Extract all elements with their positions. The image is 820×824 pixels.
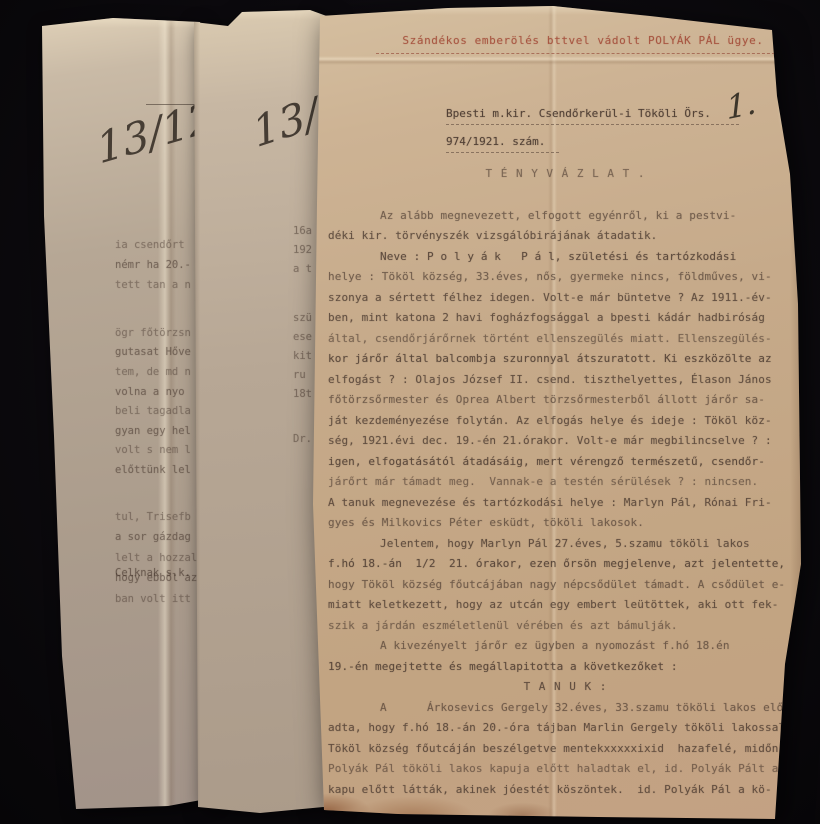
document-line: miatt keletkezett, hogy az utcán egy emb… [328,595,803,616]
file-number-line: 974/1921. szám. [393,122,559,166]
document-body: T É N Y V Á Z L A T .Az alább megnevezet… [328,164,803,800]
typed-fragment: a sor gázdag [115,527,197,548]
document-line: ben, mint katona 2 havi fogházfogsággal … [328,308,803,329]
document-line: hogy Tököl község főutcájában nagy népcs… [328,575,803,596]
document-line: A tanuk megnevezése és tartózkodási hely… [328,493,803,514]
document-line: főtörzsőrmester és Oprea Albert törzsőrm… [328,390,803,411]
typed-fragment: lelt a hozzal [115,548,197,569]
document-line: szik a járdán eszméletlenül vérében és a… [328,616,803,637]
document-line: Jelentem, hogy Marlyn Pál 27.éves, 5.sza… [328,534,803,555]
typed-fragment: tem, de md n [115,363,191,383]
signature-fragment: Celknak s.k. [115,567,191,579]
document-line: kapu előtt látták, akinek jóestét köszön… [328,780,803,801]
document-line: A kivezényelt járőr ez ügyben a nyomozás… [328,636,803,657]
document-line: A Árkosevics Gergely 32.éves, 33.szamu t… [328,698,803,719]
document-line: ség, 1921.évi dec. 19.-én 21.órakor. Vol… [328,431,803,452]
page-front-surface: Szándékos emberölés bttvel vádolt POLYÁK… [298,4,804,822]
document-line: T A N U K : [328,677,803,698]
document-line: ját kezdeményezése folytán. Az elfogás h… [328,411,803,432]
document-line: 19.-én megejtette és megállapitotta a kö… [328,657,803,678]
typed-fragment: volna a nyo [115,383,191,403]
typed-fragment: ögr főtörzsn [115,324,191,344]
left-page-fragments-low: tul, Trisefba sor gázdaglelt a hozzalhog… [115,445,197,609]
document-line: által, csendőrjárőrnek történt ellenszeg… [328,329,803,350]
document-line: járőrt már támadt meg. Vannak-e a testén… [328,472,803,493]
typed-fragment: gutasat Hőve [115,343,191,363]
document-line: kor járőr által balcombja szuronnyal áts… [328,349,803,370]
typed-fragment: gyan egy hel [115,422,191,442]
document-line: Neve : P o l y á k P á l, születési és t… [328,247,803,268]
document-line: Polyák Pál tököli lakos kapuja előtt hal… [328,759,803,780]
document-line: szonya a sértett félhez idegen. Volt-e m… [328,288,803,309]
document-line: elfogást ? : Olajos József II. csend. ti… [328,370,803,391]
file-number: 974/1921. szám. [446,135,559,153]
page-front: Szándékos emberölés bttvel vádolt POLYÁK… [298,4,804,822]
document-line: Az alább megnevezett, elfogott egyénről,… [328,206,803,227]
document-line: f.hó 18.-án 1/2 21. órakor, ezen őrsön m… [328,554,803,575]
page-left-surface: B 13/12 ia csendőrtnémr ha 20.-tett tan … [18,16,218,811]
document-line: Tököl község főutcáján beszélgetve mente… [328,739,803,760]
document-line: déki kir. törvényszék vizsgálóbirájának … [328,226,803,247]
document-line: helye : Tököl község, 33.éves, nős, gyer… [328,267,803,288]
typed-fragment: beli tagadla [115,402,191,422]
typed-fragment: tul, Trisefb [115,507,197,528]
page-left: B 13/12 ia csendőrtnémr ha 20.-tett tan … [18,16,218,811]
document-line: gyes és Milkovics Péter esküdt, tököli l… [328,513,803,534]
document-line: igen, elfogatásától átadásáig, mert vére… [328,452,803,473]
typed-fragment: ia csendőrt [115,235,191,255]
photo-of-document-stack: B 13/12 ia csendőrtnémr ha 20.-tett tan … [0,0,820,824]
handwritten-page-number: 1. [725,83,758,128]
document-line: adta, hogy f.hó 18.-án 20.-óra tájban Ma… [328,718,803,739]
classification-header: Szándékos emberölés bttvel vádolt POLYÁK… [376,34,790,54]
typed-fragment: ban volt itt [115,589,197,610]
document-line: T É N Y V Á Z L A T . [328,164,803,185]
